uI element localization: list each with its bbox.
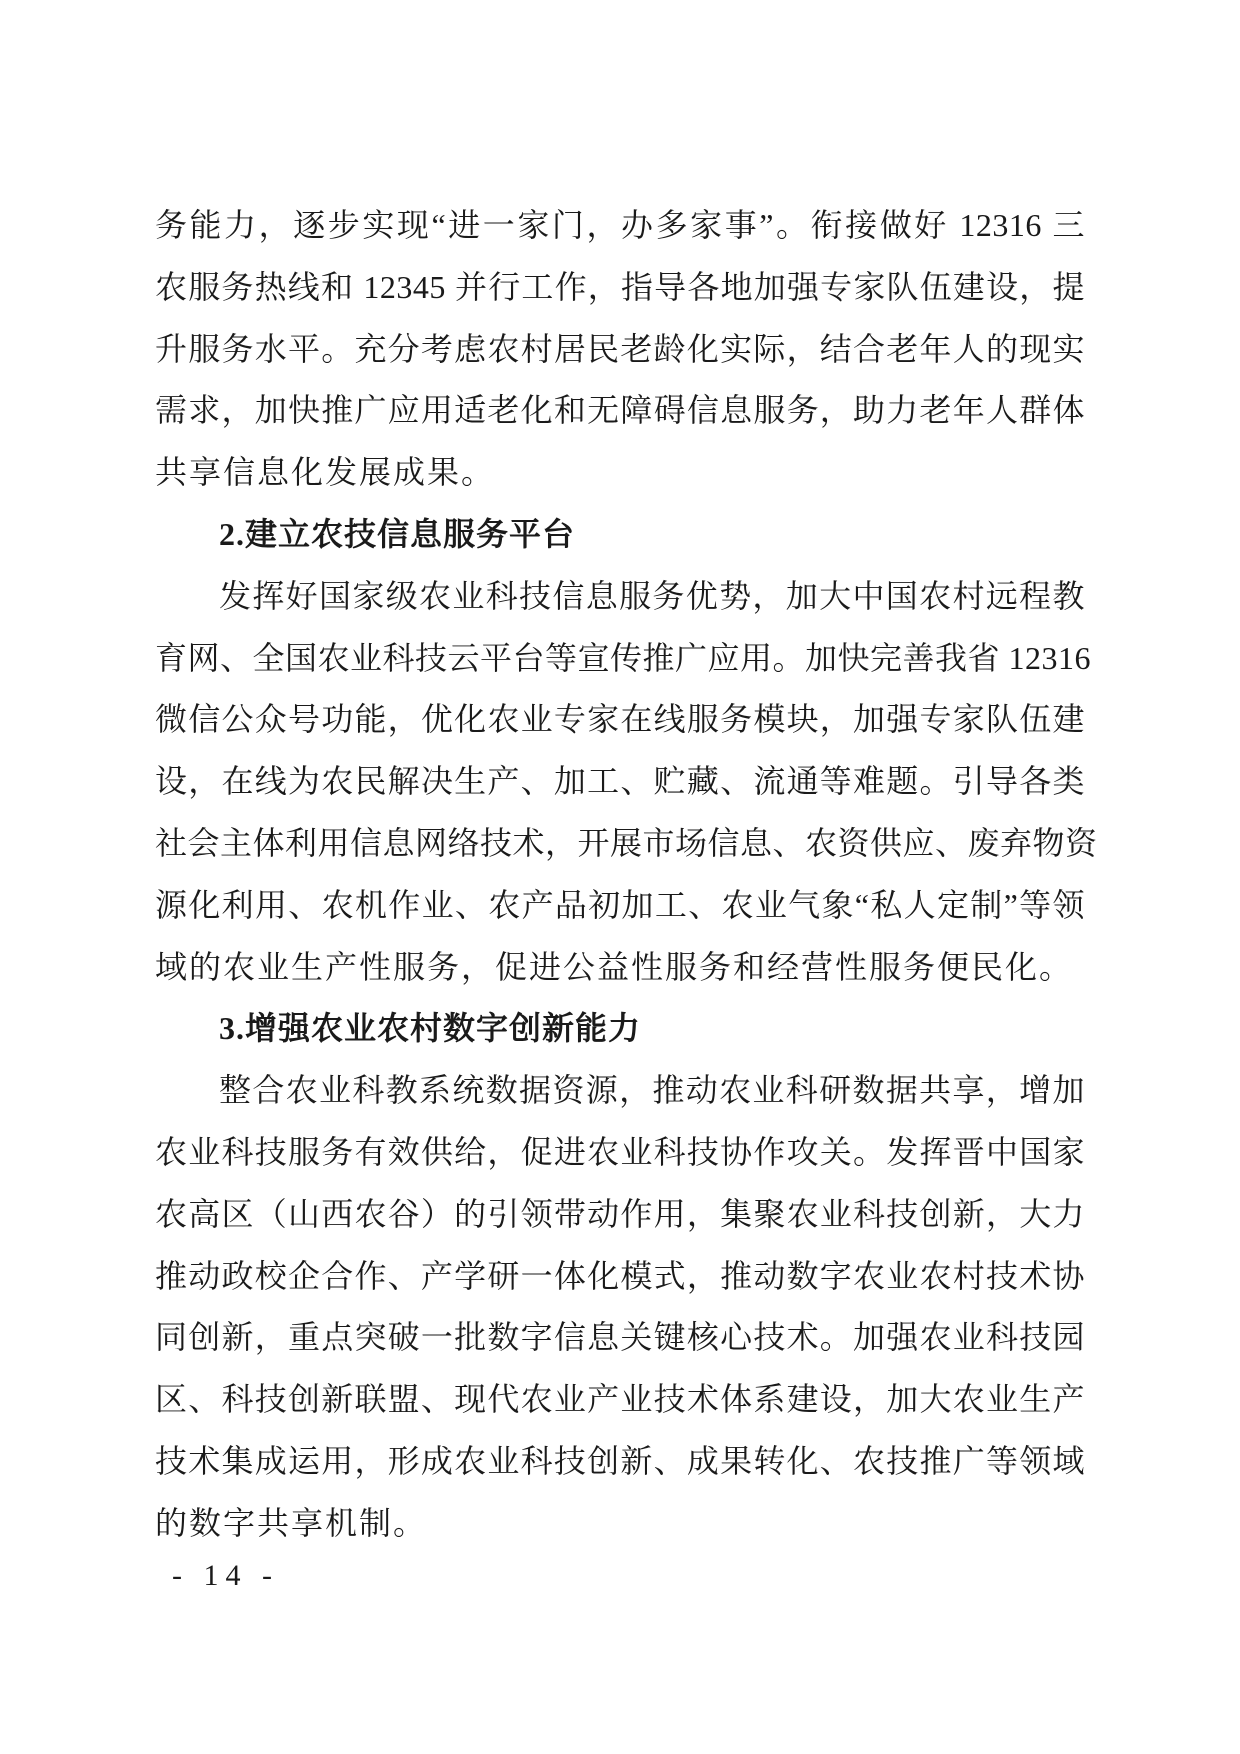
- body-line: 微信公众号功能，优化农业专家在线服务模块，加强专家队伍建: [155, 689, 1085, 751]
- body-line: 设，在线为农民解决生产、加工、贮藏、流通等难题。引导各类: [155, 751, 1085, 813]
- body-line: 源化利用、农机作业、农产品初加工、农业气象“私人定制”等领: [155, 875, 1085, 937]
- body-line: 同创新，重点突破一批数字信息关键核心技术。加强农业科技园: [155, 1307, 1085, 1369]
- body-line: 务能力，逐步实现“进一家门，办多家事”。衔接做好 12316 三: [155, 195, 1085, 257]
- body-line: 育网、全国农业科技云平台等宣传推广应用。加快完善我省 12316: [155, 628, 1085, 690]
- section-heading-3: 3.增强农业农村数字创新能力: [155, 998, 1085, 1060]
- text-block: 务能力，逐步实现“进一家门，办多家事”。衔接做好 12316 三 农服务热线和 …: [155, 195, 1085, 1555]
- section-heading-2: 2.建立农技信息服务平台: [155, 504, 1085, 566]
- page-number: - 14 -: [172, 1560, 279, 1592]
- body-line: 域的农业生产性服务，促进公益性服务和经营性服务便民化。: [155, 937, 1085, 999]
- body-line: 农高区（山西农谷）的引领带动作用，集聚农业科技创新，大力: [155, 1184, 1085, 1246]
- body-line: 需求，加快推广应用适老化和无障碍信息服务，助力老年人群体: [155, 380, 1085, 442]
- body-line: 社会主体利用信息网络技术，开展市场信息、农资供应、废弃物资: [155, 813, 1085, 875]
- body-line: 发挥好国家级农业科技信息服务优势，加大中国农村远程教: [155, 566, 1085, 628]
- body-line: 整合农业科教系统数据资源，推动农业科研数据共享，增加: [155, 1060, 1085, 1122]
- body-line: 共享信息化发展成果。: [155, 442, 1085, 504]
- document-page: 务能力，逐步实现“进一家门，办多家事”。衔接做好 12316 三 农服务热线和 …: [0, 0, 1240, 1754]
- body-line: 技术集成运用，形成农业科技创新、成果转化、农技推广等领域: [155, 1431, 1085, 1493]
- body-line: 的数字共享机制。: [155, 1493, 1085, 1555]
- body-line: 区、科技创新联盟、现代农业产业技术体系建设，加大农业生产: [155, 1369, 1085, 1431]
- body-line: 升服务水平。充分考虑农村居民老龄化实际，结合老年人的现实: [155, 319, 1085, 381]
- body-line: 农服务热线和 12345 并行工作，指导各地加强专家队伍建设，提: [155, 257, 1085, 319]
- body-line: 推动政校企合作、产学研一体化模式，推动数字农业农村技术协: [155, 1246, 1085, 1308]
- body-line: 农业科技服务有效供给，促进农业科技协作攻关。发挥晋中国家: [155, 1122, 1085, 1184]
